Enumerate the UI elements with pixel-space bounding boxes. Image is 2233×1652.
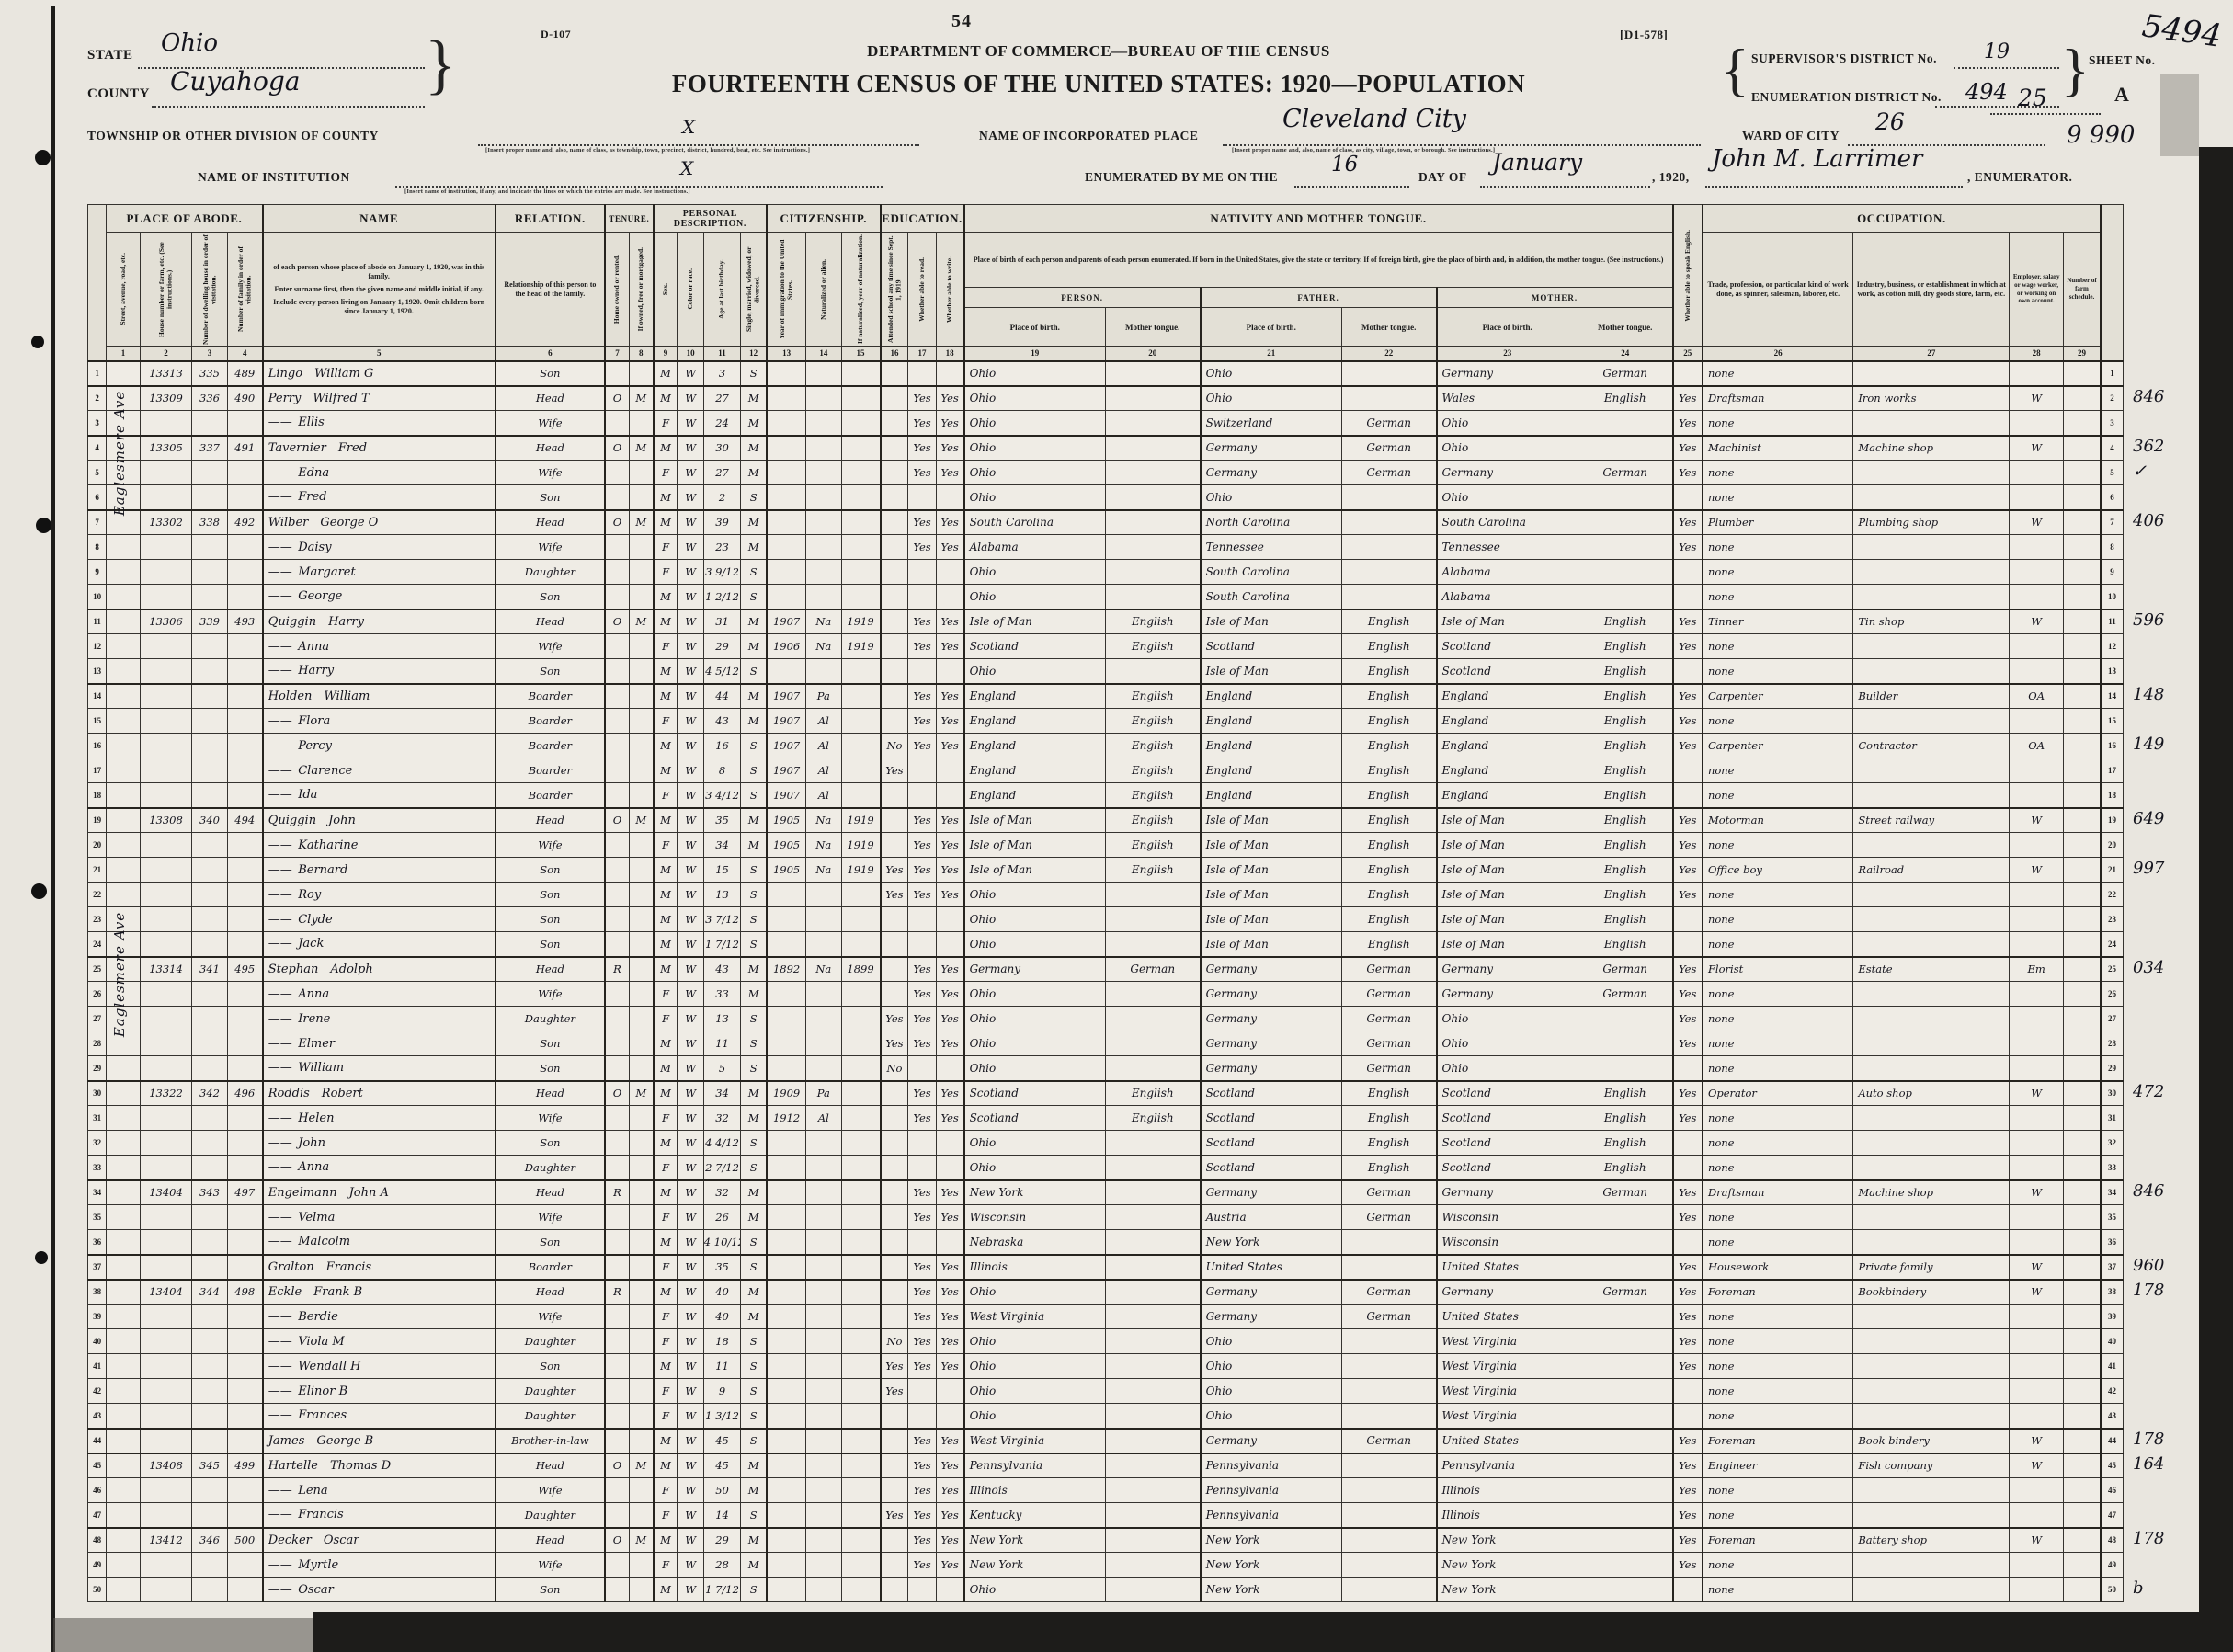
cell-street: [107, 610, 140, 634]
cell-occ: none: [1703, 1379, 1853, 1404]
cell-rd: Yes: [908, 1031, 936, 1056]
cell-fb: Isle of Man: [1201, 907, 1342, 932]
punch-hole-icon: [31, 336, 44, 348]
cell-sex: M: [654, 1230, 678, 1255]
cell-fb: Isle of Man: [1201, 610, 1342, 634]
cell-imm: [767, 510, 805, 535]
cell-wr: [936, 485, 963, 510]
cell-dw: [192, 1056, 227, 1081]
cell-mt: English: [1578, 932, 1672, 957]
cell-ft: [1341, 1478, 1436, 1503]
cell-age: 35: [703, 1255, 740, 1280]
cell-mtg: M: [629, 610, 653, 634]
cell-natyr: [841, 1329, 880, 1354]
cell-dw: [192, 659, 227, 684]
cell-pt: [1105, 535, 1200, 560]
cell-street: [107, 585, 140, 610]
cell-emp: [2010, 1305, 2064, 1329]
cell-fb: England: [1201, 709, 1342, 734]
cell-fb: England: [1201, 783, 1342, 808]
cell-ind: Plumbing shop: [1853, 510, 2010, 535]
cell-pt: [1105, 1379, 1200, 1404]
cell-rd: Yes: [908, 709, 936, 734]
cell-ten: [605, 709, 629, 734]
census-table: PLACE OF ABODE. NAME RELATION. TENURE. P…: [87, 204, 2124, 1602]
cell-wr: [936, 585, 963, 610]
col-age: Age at last birthday.: [703, 233, 740, 347]
cell-lnR: 15: [2101, 709, 2124, 734]
cell-eng: Yes: [1673, 1305, 1703, 1329]
cell-age: 14: [703, 1503, 740, 1528]
cell-pb: Isle of Man: [964, 610, 1106, 634]
cell-sch: [881, 411, 908, 436]
cell-mb: Isle of Man: [1437, 858, 1578, 883]
cell-ten: [605, 1031, 629, 1056]
cell-farm: [2064, 1553, 2101, 1578]
cell-farm: [2064, 1503, 2101, 1528]
cell-rd: [908, 1379, 936, 1404]
cell-sex: F: [654, 783, 678, 808]
cell-fam: 497: [227, 1180, 262, 1205]
cell-ind: [1853, 709, 2010, 734]
cell-imm: 1907: [767, 758, 805, 783]
cell-age: 1 7/12: [703, 1578, 740, 1602]
cell-rd: Yes: [908, 510, 936, 535]
cell-natyr: [841, 883, 880, 907]
cell-sex: F: [654, 833, 678, 858]
cell-sex: M: [654, 1180, 678, 1205]
cell-house: [140, 1578, 192, 1602]
cell-age: 33: [703, 982, 740, 1007]
cell-farm: [2064, 1478, 2101, 1503]
cell-fb: Pennsylvania: [1201, 1478, 1342, 1503]
cell-imm: [767, 1056, 805, 1081]
cell-emp: W: [2010, 1453, 2064, 1478]
cell-dw: 344: [192, 1280, 227, 1305]
cell-occ: Motorman: [1703, 808, 1853, 833]
cell-natyr: [841, 1056, 880, 1081]
cell-house: [140, 1503, 192, 1528]
cell-rd: Yes: [908, 808, 936, 833]
cell-nat: [806, 461, 841, 485]
cell-mar: M: [741, 634, 767, 659]
cell-ten: [605, 982, 629, 1007]
cell-ten: [605, 758, 629, 783]
cell-dw: [192, 1156, 227, 1180]
cell-emp: W: [2010, 858, 2064, 883]
cell-lnL: 16: [88, 734, 107, 758]
cell-occ: none: [1703, 1056, 1853, 1081]
cell-street: [107, 1280, 140, 1305]
census-row: 35—— VelmaWifeFW26MYesYesWisconsinAustri…: [88, 1205, 2124, 1230]
cell-race: W: [678, 485, 703, 510]
cell-dw: [192, 1329, 227, 1354]
cell-pt: English: [1105, 684, 1200, 709]
cell-name: —— Irene: [263, 1007, 496, 1031]
cell-dw: [192, 585, 227, 610]
incorporated-note: [Insert proper name and, also, name of c…: [1232, 147, 1495, 154]
cell-race: W: [678, 1404, 703, 1429]
cell-sex: F: [654, 535, 678, 560]
cell-street: [107, 1379, 140, 1404]
cell-fam: [227, 1255, 262, 1280]
cell-rd: [908, 1578, 936, 1602]
cell-mar: M: [741, 1478, 767, 1503]
cell-lnL: 3: [88, 411, 107, 436]
cell-occ: none: [1703, 833, 1853, 858]
cell-fb: Germany: [1201, 1305, 1342, 1329]
cell-ten: R: [605, 957, 629, 982]
cell-age: 35: [703, 808, 740, 833]
cell-fb: Germany: [1201, 1280, 1342, 1305]
cell-occ: none: [1703, 1578, 1853, 1602]
cell-sch: [881, 1230, 908, 1255]
group-citizenship: CITIZENSHIP.: [767, 205, 880, 233]
cell-emp: OA: [2010, 684, 2064, 709]
cell-emp: [2010, 1329, 2064, 1354]
cell-fb: Germany: [1201, 957, 1342, 982]
cell-name: —— Flora: [263, 709, 496, 734]
cell-name: —— Clarence: [263, 758, 496, 783]
cell-fam: [227, 1553, 262, 1578]
cell-age: 1 2/12: [703, 585, 740, 610]
cell-imm: 1906: [767, 634, 805, 659]
cell-mt: [1578, 1056, 1672, 1081]
cell-house: [140, 783, 192, 808]
cell-age: 13: [703, 1007, 740, 1031]
cell-imm: [767, 1404, 805, 1429]
cell-lnL: 18: [88, 783, 107, 808]
cell-lnL: 50: [88, 1578, 107, 1602]
cell-wr: Yes: [936, 833, 963, 858]
cell-lnR: 30: [2101, 1081, 2124, 1106]
cell-ft: [1341, 1329, 1436, 1354]
cell-ten: [605, 1205, 629, 1230]
cell-lnR: 8: [2101, 535, 2124, 560]
cell-name: Decker Oscar: [263, 1528, 496, 1553]
cell-lnR: 29: [2101, 1056, 2124, 1081]
cell-eng: Yes: [1673, 1007, 1703, 1031]
cell-race: W: [678, 883, 703, 907]
enumerator-blank: [1705, 185, 1963, 188]
cell-fb: Germany: [1201, 1031, 1342, 1056]
col-number-13: 13: [767, 347, 805, 361]
cell-occ: none: [1703, 1503, 1853, 1528]
cell-natyr: [841, 386, 880, 411]
cell-ind: Contractor: [1853, 734, 2010, 758]
cell-house: [140, 1131, 192, 1156]
group-education: EDUCATION.: [881, 205, 964, 233]
father-tongue: Mother tongue.: [1341, 308, 1436, 347]
col-number-18: 18: [936, 347, 963, 361]
cell-age: 40: [703, 1305, 740, 1329]
cell-mtg: [629, 361, 653, 386]
cell-wr: [936, 758, 963, 783]
cell-ft: English: [1341, 1131, 1436, 1156]
cell-fb: Scotland: [1201, 1106, 1342, 1131]
cell-mar: S: [741, 1031, 767, 1056]
cell-farm: [2064, 1180, 2101, 1205]
cell-house: [140, 1106, 192, 1131]
group-relation: RELATION.: [496, 205, 605, 233]
cell-mar: S: [741, 1404, 767, 1429]
cell-mtg: [629, 634, 653, 659]
cell-nat: [806, 1429, 841, 1453]
enumerated-month: January: [1492, 149, 1582, 176]
cell-pt: [1105, 1156, 1200, 1180]
cell-house: 13305: [140, 436, 192, 461]
cell-ft: German: [1341, 1280, 1436, 1305]
cell-sex: M: [654, 1429, 678, 1453]
cell-age: 3 9/12: [703, 560, 740, 585]
cell-dw: [192, 883, 227, 907]
cell-natyr: [841, 1280, 880, 1305]
street-name: Eaglesmere Ave: [111, 390, 128, 515]
cell-sex: M: [654, 436, 678, 461]
cell-wr: [936, 361, 963, 386]
cell-emp: W: [2010, 1255, 2064, 1280]
cell-lnR: 45: [2101, 1453, 2124, 1478]
cell-ten: [605, 659, 629, 684]
cell-emp: [2010, 1354, 2064, 1379]
cell-sex: F: [654, 1205, 678, 1230]
cell-occ: none: [1703, 1156, 1853, 1180]
cell-mt: [1578, 535, 1672, 560]
cell-emp: W: [2010, 1081, 2064, 1106]
cell-name: Roddis Robert: [263, 1081, 496, 1106]
cell-pt: English: [1105, 734, 1200, 758]
cell-lnL: 49: [88, 1553, 107, 1578]
cell-nat: [806, 510, 841, 535]
cell-dw: [192, 1404, 227, 1429]
incorporated-blank: [1223, 143, 1701, 146]
cell-pt: [1105, 461, 1200, 485]
cell-fam: 490: [227, 386, 262, 411]
cell-nat: [806, 1578, 841, 1602]
cell-house: [140, 734, 192, 758]
cell-pb: New York: [964, 1528, 1106, 1553]
cell-natyr: [841, 1478, 880, 1503]
cell-occ: none: [1703, 634, 1853, 659]
cell-fam: [227, 1329, 262, 1354]
cell-lnR: 6: [2101, 485, 2124, 510]
cell-natyr: [841, 461, 880, 485]
ward-value: 26: [1875, 108, 1905, 135]
cell-mar: S: [741, 659, 767, 684]
col-number-15: 15: [841, 347, 880, 361]
col-number-2: 2: [140, 347, 192, 361]
margin-tally: b: [2133, 1578, 2144, 1598]
incorporated-value: Cleveland City: [1282, 105, 1466, 133]
township-label: TOWNSHIP OR OTHER DIVISION OF COUNTY: [87, 129, 379, 143]
cell-nat: [806, 535, 841, 560]
cell-ind: Street railway: [1853, 808, 2010, 833]
cell-wr: Yes: [936, 982, 963, 1007]
cell-farm: [2064, 833, 2101, 858]
cell-house: 13306: [140, 610, 192, 634]
cell-mtg: [629, 907, 653, 932]
cell-age: 1 3/12: [703, 1404, 740, 1429]
cell-house: [140, 709, 192, 734]
cell-farm: [2064, 982, 2101, 1007]
cell-sex: M: [654, 1131, 678, 1156]
cell-mb: Isle of Man: [1437, 907, 1578, 932]
cell-race: W: [678, 734, 703, 758]
col-number-5: 5: [263, 347, 496, 361]
cell-house: [140, 1230, 192, 1255]
cell-eng: Yes: [1673, 982, 1703, 1007]
cell-wr: Yes: [936, 1453, 963, 1478]
cell-mt: English: [1578, 833, 1672, 858]
cell-race: W: [678, 1106, 703, 1131]
cell-rel: Son: [496, 1230, 605, 1255]
cell-lnR: 41: [2101, 1354, 2124, 1379]
cell-ind: [1853, 659, 2010, 684]
cell-race: W: [678, 1528, 703, 1553]
cell-farm: [2064, 907, 2101, 932]
cell-name: —— Malcolm: [263, 1230, 496, 1255]
cell-mt: [1578, 1429, 1672, 1453]
cell-imm: [767, 461, 805, 485]
cell-natyr: [841, 1131, 880, 1156]
cell-sex: M: [654, 386, 678, 411]
cell-lnL: 15: [88, 709, 107, 734]
cell-pb: Ohio: [964, 1056, 1106, 1081]
cell-sex: M: [654, 808, 678, 833]
col-attended-school: Attended school any time since Sept. 1, …: [881, 233, 908, 347]
cell-race: W: [678, 1578, 703, 1602]
cell-ft: German: [1341, 411, 1436, 436]
cell-name: —— Velma: [263, 1205, 496, 1230]
cell-fam: [227, 1031, 262, 1056]
col-marital: Single, married, widowed, or divorced.: [741, 233, 767, 347]
cell-natyr: [841, 1180, 880, 1205]
cell-sch: [881, 659, 908, 684]
cell-name: —— Daisy: [263, 535, 496, 560]
cell-imm: [767, 386, 805, 411]
cell-mt: [1578, 1453, 1672, 1478]
cell-mt: [1578, 1031, 1672, 1056]
cell-ten: O: [605, 1453, 629, 1478]
cell-name: Holden William: [263, 684, 496, 709]
cell-rel: Head: [496, 808, 605, 833]
cell-age: 29: [703, 1528, 740, 1553]
cell-fb: Isle of Man: [1201, 808, 1342, 833]
group-place-of-abode: PLACE OF ABODE.: [107, 205, 263, 233]
cell-wr: Yes: [936, 1280, 963, 1305]
cell-mb: West Virginia: [1437, 1354, 1578, 1379]
cell-rel: Son: [496, 1578, 605, 1602]
cell-race: W: [678, 1255, 703, 1280]
cell-age: 43: [703, 709, 740, 734]
cell-ft: English: [1341, 808, 1436, 833]
cell-sch: [881, 1528, 908, 1553]
cell-lnL: 43: [88, 1404, 107, 1429]
cell-pt: [1105, 883, 1200, 907]
cell-fam: [227, 858, 262, 883]
cell-nat: [806, 436, 841, 461]
cell-farm: [2064, 1255, 2101, 1280]
enumerated-year: , 1920,: [1652, 170, 1690, 185]
cell-farm: [2064, 436, 2101, 461]
cell-fam: [227, 1230, 262, 1255]
cell-fam: [227, 585, 262, 610]
cell-mar: S: [741, 1255, 767, 1280]
cell-mtg: [629, 1280, 653, 1305]
census-row: 17—— ClarenceBoarderMW8S1907AlYesEngland…: [88, 758, 2124, 783]
cell-mt: [1578, 1528, 1672, 1553]
cell-sex: F: [654, 1553, 678, 1578]
cell-eng: Yes: [1673, 1329, 1703, 1354]
cell-mb: Tennessee: [1437, 535, 1578, 560]
cell-mar: S: [741, 585, 767, 610]
cell-mt: [1578, 1578, 1672, 1602]
cell-wr: [936, 1156, 963, 1180]
cell-rel: Wife: [496, 1553, 605, 1578]
cell-street: [107, 734, 140, 758]
cell-ind: Builder: [1853, 684, 2010, 709]
cell-rd: Yes: [908, 1429, 936, 1453]
punch-hole-icon: [35, 1251, 48, 1264]
cell-race: W: [678, 758, 703, 783]
cell-dw: [192, 1007, 227, 1031]
cell-rel: Son: [496, 1056, 605, 1081]
cell-pt: [1105, 1305, 1200, 1329]
cell-race: W: [678, 610, 703, 634]
cell-name: Perry Wilfred T: [263, 386, 496, 411]
cell-wr: Yes: [936, 1429, 963, 1453]
cell-mb: United States: [1437, 1429, 1578, 1453]
cell-natyr: [841, 1528, 880, 1553]
cell-ind: Railroad: [1853, 858, 2010, 883]
cell-house: [140, 883, 192, 907]
cell-nat: [806, 1031, 841, 1056]
cell-rel: Head: [496, 1180, 605, 1205]
cell-race: W: [678, 1354, 703, 1379]
cell-age: 18: [703, 1329, 740, 1354]
cell-sch: [881, 585, 908, 610]
col-street: Street, avenue, road, etc.: [107, 233, 140, 347]
cell-race: W: [678, 833, 703, 858]
cell-wr: Yes: [936, 634, 963, 659]
enumeration-district-label: ENUMERATION DISTRICT No.: [1751, 90, 1942, 105]
cell-nat: Al: [806, 1106, 841, 1131]
cell-nat: [806, 883, 841, 907]
census-row: 15—— FloraBoarderFW43M1907AlYesYesEnglan…: [88, 709, 2124, 734]
cell-rd: Yes: [908, 1255, 936, 1280]
cell-mar: M: [741, 808, 767, 833]
cell-name: —— Wendall H: [263, 1354, 496, 1379]
cell-fam: 496: [227, 1081, 262, 1106]
cell-fam: [227, 833, 262, 858]
margin-tally: 149: [2133, 735, 2164, 754]
cell-imm: [767, 1379, 805, 1404]
cell-mb: Alabama: [1437, 560, 1578, 585]
cell-natyr: [841, 1404, 880, 1429]
cell-emp: [2010, 783, 2064, 808]
cell-imm: [767, 1280, 805, 1305]
margin-tally: 178: [2133, 1281, 2164, 1300]
cell-pt: English: [1105, 1081, 1200, 1106]
cell-ten: O: [605, 386, 629, 411]
cell-mb: Pennsylvania: [1437, 1453, 1578, 1478]
cell-imm: [767, 1478, 805, 1503]
cell-mtg: [629, 1578, 653, 1602]
census-row: 36—— MalcolmSonMW4 10/12SNebraskaNew Yor…: [88, 1230, 2124, 1255]
cell-nat: [806, 1528, 841, 1553]
cell-ten: O: [605, 1528, 629, 1553]
col-house-number: House number or farm, etc. (See instruct…: [140, 233, 192, 347]
